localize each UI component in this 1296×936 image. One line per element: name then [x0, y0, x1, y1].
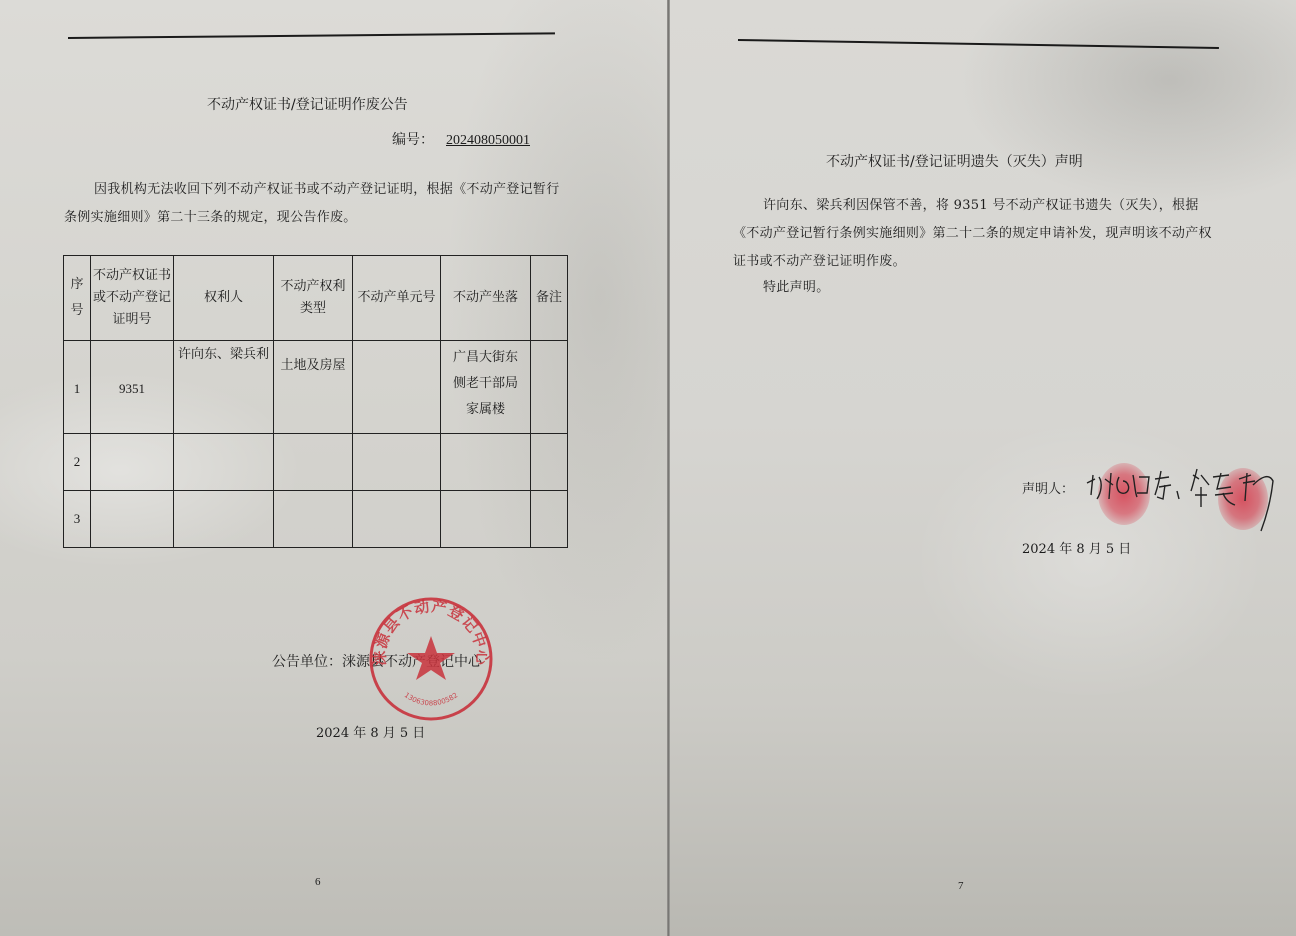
- table-row: 2: [64, 434, 568, 491]
- svg-text:1306308800582: 1306308800582: [403, 691, 460, 707]
- cell-index: 3: [64, 491, 91, 548]
- header-right-type: 不动产权利类型: [274, 256, 353, 341]
- announcement-title: 不动产权证书/登记证明作废公告: [207, 94, 408, 114]
- table-header-row: 序号 不动产权证书或不动产登记证明号 权利人 不动产权利类型 不动产单元号 不动…: [64, 256, 568, 341]
- header-index: 序号: [64, 256, 91, 341]
- serial-label: 编号：: [392, 132, 434, 148]
- cell-right-holder: [174, 491, 274, 548]
- cell-index: 2: [64, 434, 91, 491]
- cell-remarks: [531, 434, 568, 491]
- cell-right-holder: 许向东、梁兵利: [174, 341, 274, 434]
- star-icon: [407, 636, 455, 680]
- cell-location: [441, 434, 531, 491]
- declaration-date: 2024 年 8 月 5 日: [1022, 538, 1131, 557]
- page-fold: [667, 0, 670, 936]
- page-number-left: 6: [315, 876, 321, 888]
- cell-index: 1: [64, 341, 91, 434]
- serial-line: 编号：202408050001: [392, 129, 532, 149]
- header-remarks: 备注: [531, 256, 568, 341]
- cell-right-type: 土地及房屋: [274, 341, 353, 434]
- table-row: 3: [64, 491, 568, 548]
- seal-code: 1306308800582: [403, 691, 460, 707]
- official-seal: 涞源县不动产登记中心 1306308800582: [368, 596, 494, 722]
- table-row: 1 9351 许向东、梁兵利 土地及房屋 广昌大街东侧老干部局家属楼: [64, 341, 568, 434]
- header-unit-no: 不动产单元号: [353, 256, 441, 341]
- cell-right-type: [274, 434, 353, 491]
- cell-right-holder: [174, 434, 274, 491]
- declaration-closing: 特此声明。: [733, 274, 1223, 302]
- cell-certificate-no: 9351: [91, 341, 174, 434]
- announcer-label: 公告单位：: [272, 654, 342, 670]
- declarant-label: 声明人：: [1022, 478, 1074, 497]
- page-number-right: 7: [958, 880, 964, 892]
- announcement-date: 2024 年 8 月 5 日: [316, 722, 425, 741]
- certificate-table: 序号 不动产权证书或不动产登记证明号 权利人 不动产权利类型 不动产单元号 不动…: [63, 255, 568, 548]
- cell-remarks: [531, 341, 568, 434]
- serial-number: 202408050001: [440, 133, 532, 148]
- header-certificate-no: 不动产权证书或不动产登记证明号: [91, 256, 174, 341]
- cell-unit-no: [353, 341, 441, 434]
- header-location: 不动产坐落: [441, 256, 531, 341]
- cell-certificate-no: [91, 434, 174, 491]
- cell-certificate-no: [91, 491, 174, 548]
- cell-remarks: [531, 491, 568, 548]
- cell-location: [441, 491, 531, 548]
- cell-unit-no: [353, 434, 441, 491]
- declaration-title: 不动产权证书/登记证明遗失（灭失）声明: [826, 151, 1083, 171]
- announcement-paragraph: 因我机构无法收回下列不动产权证书或不动产登记证明，根据《不动产登记暂行条例实施细…: [64, 176, 564, 232]
- cell-location: 广昌大街东侧老干部局家属楼: [441, 341, 531, 434]
- cell-right-type: [274, 491, 353, 548]
- header-right-holder: 权利人: [174, 256, 274, 341]
- cell-unit-no: [353, 491, 441, 548]
- declaration-paragraph: 许向东、梁兵利因保管不善，将 9351 号不动产权证书遗失（灭失），根据《不动产…: [733, 192, 1223, 276]
